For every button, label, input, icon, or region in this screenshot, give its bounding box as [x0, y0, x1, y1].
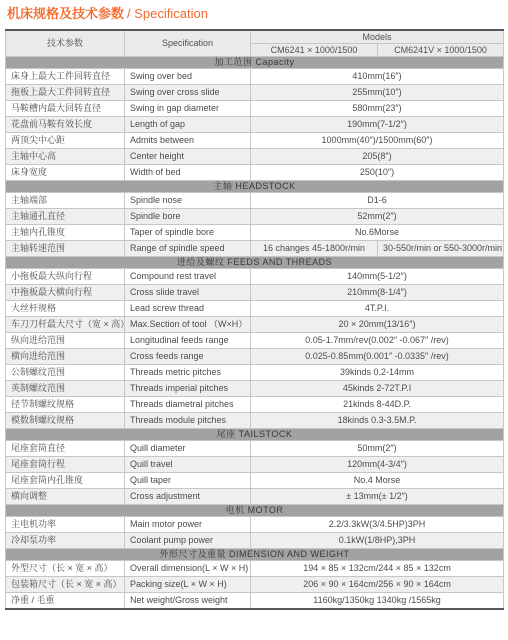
model-value: 16 changes 45-1800r/min — [251, 241, 378, 257]
value: 4T.P.I. — [251, 301, 504, 317]
section-header-row: 电机 MOTOR — [6, 505, 504, 517]
section-title: 外形尺寸及重量 DIMENSION AND WEIGHT — [6, 549, 504, 561]
param-name-cn: 横向进给范围 — [6, 349, 125, 365]
param-name-en: Width of bed — [125, 165, 251, 181]
param-name-cn: 纵向进给范围 — [6, 333, 125, 349]
spec-row: 两顶尖中心距Admits between1000mm(40″)/1500mm(6… — [6, 133, 504, 149]
spec-row: 主轴内孔锥度Taper of spindle boreNo.6Morse — [6, 225, 504, 241]
section-header-row: 加工范围 Capacity — [6, 57, 504, 69]
param-name-cn: 拖板上最大工件回转直径 — [6, 85, 125, 101]
value: 2.2/3.3kW(3/4.5HP)3PH — [251, 517, 504, 533]
spec-row: 径节制螺纹规格Threads diametral pitches21kinds … — [6, 397, 504, 413]
value: 0.05-1.7mm/rev(0.002″ -0.067″ /rev) — [251, 333, 504, 349]
section-header-row: 外形尺寸及重量 DIMENSION AND WEIGHT — [6, 549, 504, 561]
param-name-cn: 横向调整 — [6, 489, 125, 505]
param-name-en: Cross slide travel — [125, 285, 251, 301]
section-title: 进给及螺纹 FEEDS AND THREADS — [6, 257, 504, 269]
param-name-cn: 床身宽度 — [6, 165, 125, 181]
value: 210mm(8-1/4″) — [251, 285, 504, 301]
section-header-row: 尾座 TAILSTOCK — [6, 429, 504, 441]
spec-row: 尾座套筒直径Quill diameter50mm(2″) — [6, 441, 504, 457]
spec-row: 净重 / 毛重Net weight/Gross weight1160kg/135… — [6, 593, 504, 610]
value: 410mm(16″) — [251, 69, 504, 85]
param-name-en: Quill diameter — [125, 441, 251, 457]
value: 140mm(5-1/2″) — [251, 269, 504, 285]
param-name-en: Spindle nose — [125, 193, 251, 209]
header-model-1: CM6241 × 1000/1500 — [251, 44, 378, 57]
value: 206 × 90 × 164cm/256 × 90 × 164cm — [251, 577, 504, 593]
param-name-en: Length of gap — [125, 117, 251, 133]
spec-row: 主电机功率Main motor power2.2/3.3kW(3/4.5HP)3… — [6, 517, 504, 533]
spec-row: 车刀刀杆最大尺寸（宽 × 高）Max.Section of tool （W×H）… — [6, 317, 504, 333]
param-name-cn: 冷却泵功率 — [6, 533, 125, 549]
param-name-en: Swing over bed — [125, 69, 251, 85]
value: ± 13mm(± 1/2″) — [251, 489, 504, 505]
param-name-en: Quill travel — [125, 457, 251, 473]
param-name-en: Threads metric pitches — [125, 365, 251, 381]
value: 0.025-0.85mm(0.001″ -0.0335″ /rev) — [251, 349, 504, 365]
param-name-en: Lead screw thread — [125, 301, 251, 317]
spec-table: 技术参数 Specification Models CM6241 × 1000/… — [5, 29, 504, 610]
param-name-en: Cross feeds range — [125, 349, 251, 365]
value: 205(8″) — [251, 149, 504, 165]
spec-row: 大丝杆规格Lead screw thread4T.P.I. — [6, 301, 504, 317]
spec-row: 床身上最大工件回转直径Swing over bed410mm(16″) — [6, 69, 504, 85]
param-name-en: Longitudinal feeds range — [125, 333, 251, 349]
spec-row: 公制螺纹范围Threads metric pitches39kinds 0.2-… — [6, 365, 504, 381]
param-name-en: Max.Section of tool （W×H） — [125, 317, 251, 333]
param-name-en: Center height — [125, 149, 251, 165]
param-name-cn: 模数制螺纹规格 — [6, 413, 125, 429]
param-name-cn: 尾座套筒行程 — [6, 457, 125, 473]
value: 50mm(2″) — [251, 441, 504, 457]
value: 0.1kW(1/8HP),3PH — [251, 533, 504, 549]
param-name-cn: 主轴转速范围 — [6, 241, 125, 257]
param-name-cn: 包装箱尺寸（长 × 宽 × 高） — [6, 577, 125, 593]
param-name-cn: 尾座套筒内孔锥度 — [6, 473, 125, 489]
value: 250(10″) — [251, 165, 504, 181]
param-name-en: Swing in gap diameter — [125, 101, 251, 117]
value: 45kinds 2-72T.P.I — [251, 381, 504, 397]
page-title: 机床规格及技术参数/ Specification — [0, 0, 508, 29]
page-title-en: / Specification — [127, 6, 208, 21]
spec-row: 主轴端部Spindle noseD1-6 — [6, 193, 504, 209]
value: 1160kg/1350kg 1340kg /1565kg — [251, 593, 504, 610]
param-name-cn: 中拖板最大横向行程 — [6, 285, 125, 301]
section-title: 主轴 HEADSTOCK — [6, 181, 504, 193]
spec-row: 横向进给范围Cross feeds range0.025-0.85mm(0.00… — [6, 349, 504, 365]
header-model-2: CM6241V × 1000/1500 — [378, 44, 504, 57]
spec-table-body: 加工范围 Capacity床身上最大工件回转直径Swing over bed41… — [6, 57, 504, 610]
param-name-cn: 公制螺纹范围 — [6, 365, 125, 381]
spec-row: 主轴中心高Center height205(8″) — [6, 149, 504, 165]
spec-row: 模数制螺纹规格Threads module pitches18kinds 0.3… — [6, 413, 504, 429]
param-name-en: Taper of spindle bore — [125, 225, 251, 241]
value: D1-6 — [251, 193, 504, 209]
spec-row: 小拖板最大纵向行程Compound rest travel140mm(5-1/2… — [6, 269, 504, 285]
param-name-en: Swing over cross slide — [125, 85, 251, 101]
header-models-label: Models — [251, 30, 504, 44]
value: 255mm(10″) — [251, 85, 504, 101]
param-name-cn: 主电机功率 — [6, 517, 125, 533]
param-name-cn: 床身上最大工件回转直径 — [6, 69, 125, 85]
param-name-cn: 径节制螺纹规格 — [6, 397, 125, 413]
param-name-en: Range of spindle speed — [125, 241, 251, 257]
value: No.4 Morse — [251, 473, 504, 489]
spec-row: 中拖板最大横向行程Cross slide travel210mm(8-1/4″) — [6, 285, 504, 301]
spec-row: 马鞍槽内最大回转直径Swing in gap diameter580mm(23″… — [6, 101, 504, 117]
value: 1000mm(40″)/1500mm(60″) — [251, 133, 504, 149]
spec-row: 纵向进给范围Longitudinal feeds range0.05-1.7mm… — [6, 333, 504, 349]
value: 52mm(2″) — [251, 209, 504, 225]
model-value: 30-550r/min or 550-3000r/min — [378, 241, 504, 257]
param-name-en: Spindle bore — [125, 209, 251, 225]
spec-row: 尾座套筒行程Quill travel120mm(4-3/4″) — [6, 457, 504, 473]
page-title-cn: 机床规格及技术参数 — [7, 6, 124, 21]
param-name-cn: 主轴内孔锥度 — [6, 225, 125, 241]
param-name-cn: 英制螺纹范围 — [6, 381, 125, 397]
section-title: 加工范围 Capacity — [6, 57, 504, 69]
spec-row: 横向调整Cross adjustment± 13mm(± 1/2″) — [6, 489, 504, 505]
spec-table-header: 技术参数 Specification Models CM6241 × 1000/… — [6, 30, 504, 57]
param-name-en: Quill taper — [125, 473, 251, 489]
value: No.6Morse — [251, 225, 504, 241]
value: 39kinds 0.2-14mm — [251, 365, 504, 381]
header-param-cn: 技术参数 — [6, 30, 125, 57]
header-row-1: 技术参数 Specification Models — [6, 30, 504, 44]
spec-row: 英制螺纹范围Threads imperial pitches45kinds 2-… — [6, 381, 504, 397]
value: 18kinds 0.3-3.5M.P. — [251, 413, 504, 429]
param-name-cn: 尾座套筒直径 — [6, 441, 125, 457]
value: 120mm(4-3/4″) — [251, 457, 504, 473]
param-name-en: Overall dimension(L × W × H) — [125, 561, 251, 577]
param-name-cn: 小拖板最大纵向行程 — [6, 269, 125, 285]
param-name-en: Cross adjustment — [125, 489, 251, 505]
section-title: 尾座 TAILSTOCK — [6, 429, 504, 441]
spec-row: 尾座套筒内孔锥度Quill taperNo.4 Morse — [6, 473, 504, 489]
param-name-cn: 净重 / 毛重 — [6, 593, 125, 610]
param-name-en: Main motor power — [125, 517, 251, 533]
value: 580mm(23″) — [251, 101, 504, 117]
param-name-cn: 大丝杆规格 — [6, 301, 125, 317]
value: 190mm(7-1/2″) — [251, 117, 504, 133]
section-title: 电机 MOTOR — [6, 505, 504, 517]
spec-row: 主轴转速范围Range of spindle speed16 changes 4… — [6, 241, 504, 257]
value: 20 × 20mm(13/16″) — [251, 317, 504, 333]
spec-row: 主轴通孔直径Spindle bore52mm(2″) — [6, 209, 504, 225]
param-name-en: Threads diametral pitches — [125, 397, 251, 413]
value: 21kinds 8-44D.P. — [251, 397, 504, 413]
param-name-cn: 两顶尖中心距 — [6, 133, 125, 149]
param-name-en: Compound rest travel — [125, 269, 251, 285]
spec-row: 包装箱尺寸（长 × 宽 × 高）Packing size(L × W × H)2… — [6, 577, 504, 593]
param-name-cn: 主轴端部 — [6, 193, 125, 209]
param-name-en: Coolant pump power — [125, 533, 251, 549]
section-header-row: 主轴 HEADSTOCK — [6, 181, 504, 193]
section-header-row: 进给及螺纹 FEEDS AND THREADS — [6, 257, 504, 269]
spec-row: 床身宽度Width of bed250(10″) — [6, 165, 504, 181]
value: 194 × 85 × 132cm/244 × 85 × 132cm — [251, 561, 504, 577]
spec-row: 拖板上最大工件回转直径Swing over cross slide255mm(1… — [6, 85, 504, 101]
param-name-en: Threads imperial pitches — [125, 381, 251, 397]
param-name-cn: 主轴中心高 — [6, 149, 125, 165]
param-name-cn: 车刀刀杆最大尺寸（宽 × 高） — [6, 317, 125, 333]
param-name-en: Threads module pitches — [125, 413, 251, 429]
param-name-cn: 马鞍槽内最大回转直径 — [6, 101, 125, 117]
param-name-cn: 主轴通孔直径 — [6, 209, 125, 225]
header-spec-en: Specification — [125, 30, 251, 57]
param-name-cn: 花盘前马鞍有效长度 — [6, 117, 125, 133]
spec-row: 花盘前马鞍有效长度Length of gap190mm(7-1/2″) — [6, 117, 504, 133]
param-name-en: Admits between — [125, 133, 251, 149]
spec-row: 外型尺寸（长 × 宽 × 高）Overall dimension(L × W ×… — [6, 561, 504, 577]
spec-row: 冷却泵功率Coolant pump power0.1kW(1/8HP),3PH — [6, 533, 504, 549]
param-name-cn: 外型尺寸（长 × 宽 × 高） — [6, 561, 125, 577]
param-name-en: Net weight/Gross weight — [125, 593, 251, 610]
param-name-en: Packing size(L × W × H) — [125, 577, 251, 593]
